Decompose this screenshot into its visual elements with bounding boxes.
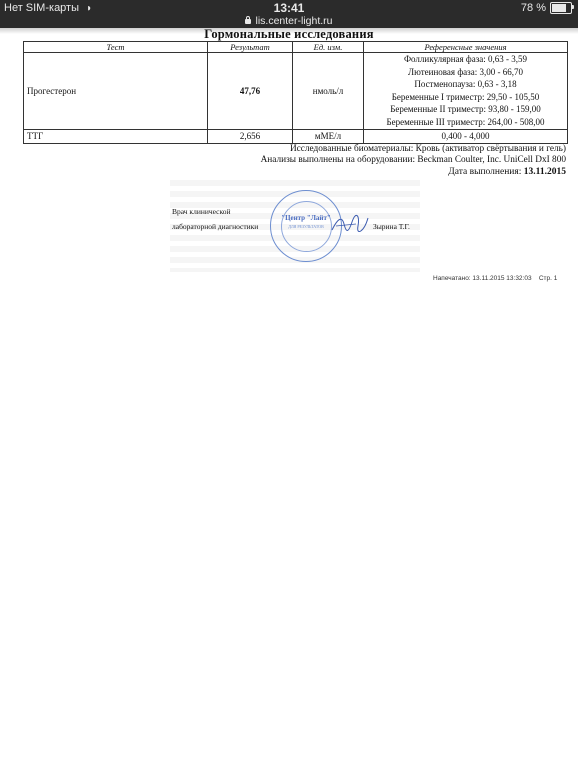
col-result: Результат (208, 42, 293, 53)
doctor-title-line2: лабораторной диагностики (172, 222, 258, 231)
page-title: Гормональные исследования (0, 27, 578, 42)
reference-values: Фолликулярная фаза: 0,63 - 3,59 Лютеинов… (364, 53, 568, 130)
date-value: 13.11.2015 (524, 167, 566, 177)
battery-icon (550, 2, 572, 14)
biomaterial-note: Исследованные биоматериалы: Кровь (актив… (261, 144, 566, 155)
address-bar[interactable]: lis.center-light.ru (0, 15, 578, 27)
print-info: Напечатано: 13.11.2015 13:32:03 Стр. 1 (433, 275, 557, 282)
results-table: Тест Результат Ед. изм. Референсные знач… (23, 41, 568, 144)
lock-icon (245, 19, 251, 24)
col-reference: Референсные значения (364, 42, 568, 53)
table-header: Тест Результат Ед. изм. Референсные знач… (24, 42, 568, 53)
test-name: Прогестерон (24, 53, 208, 130)
url-text: lis.center-light.ru (255, 15, 332, 27)
clock: 13:41 (0, 1, 578, 15)
test-result: 47,76 (208, 53, 293, 130)
reference-values: 0,400 - 4,000 (364, 129, 568, 143)
reference-line: Беременные III триместр: 264,00 - 508,00 (367, 116, 564, 129)
reference-line: Фолликулярная фаза: 0,63 - 3,59 (367, 53, 564, 66)
reference-line: Лютеиновая фаза: 3,00 - 66,70 (367, 66, 564, 79)
col-test: Тест (24, 42, 208, 53)
printed-timestamp: Напечатано: 13.11.2015 13:32:03 (433, 275, 532, 282)
doctor-title-line1: Врач клинической (172, 207, 231, 216)
date-label: Дата выполнения: (448, 167, 521, 177)
reference-line: Постменопауза: 0,63 - 3,18 (367, 78, 564, 91)
test-unit: мМЕ/л (293, 129, 364, 143)
col-unit: Ед. изм. (293, 42, 364, 53)
test-unit: нмоль/л (293, 53, 364, 130)
test-result: 2,656 (208, 129, 293, 143)
battery-status: 78 % (521, 2, 572, 14)
page-number: Стр. 1 (539, 275, 558, 282)
equipment-note: Анализы выполнены на оборудовании: Beckm… (261, 155, 566, 166)
ios-status-bar: Нет SIM-карты ◗ 13:41 78 % lis.center-li… (0, 0, 578, 28)
signer-name: Зырина Т.Г. (373, 222, 410, 231)
signature-icon (330, 214, 370, 236)
table-row: Прогестерон 47,76 нмоль/л Фолликулярная … (24, 53, 568, 130)
analysis-notes: Исследованные биоматериалы: Кровь (актив… (261, 144, 566, 166)
test-name: ТТГ (24, 129, 208, 143)
battery-percent: 78 % (521, 2, 546, 14)
reference-line: Беременные II триместр: 93,80 - 159,00 (367, 103, 564, 116)
table-row: ТТГ 2,656 мМЕ/л 0,400 - 4,000 (24, 129, 568, 143)
completion-date: Дата выполнения: 13.11.2015 (448, 167, 566, 177)
reference-line: Беременные I триместр: 29,50 - 105,50 (367, 91, 564, 104)
